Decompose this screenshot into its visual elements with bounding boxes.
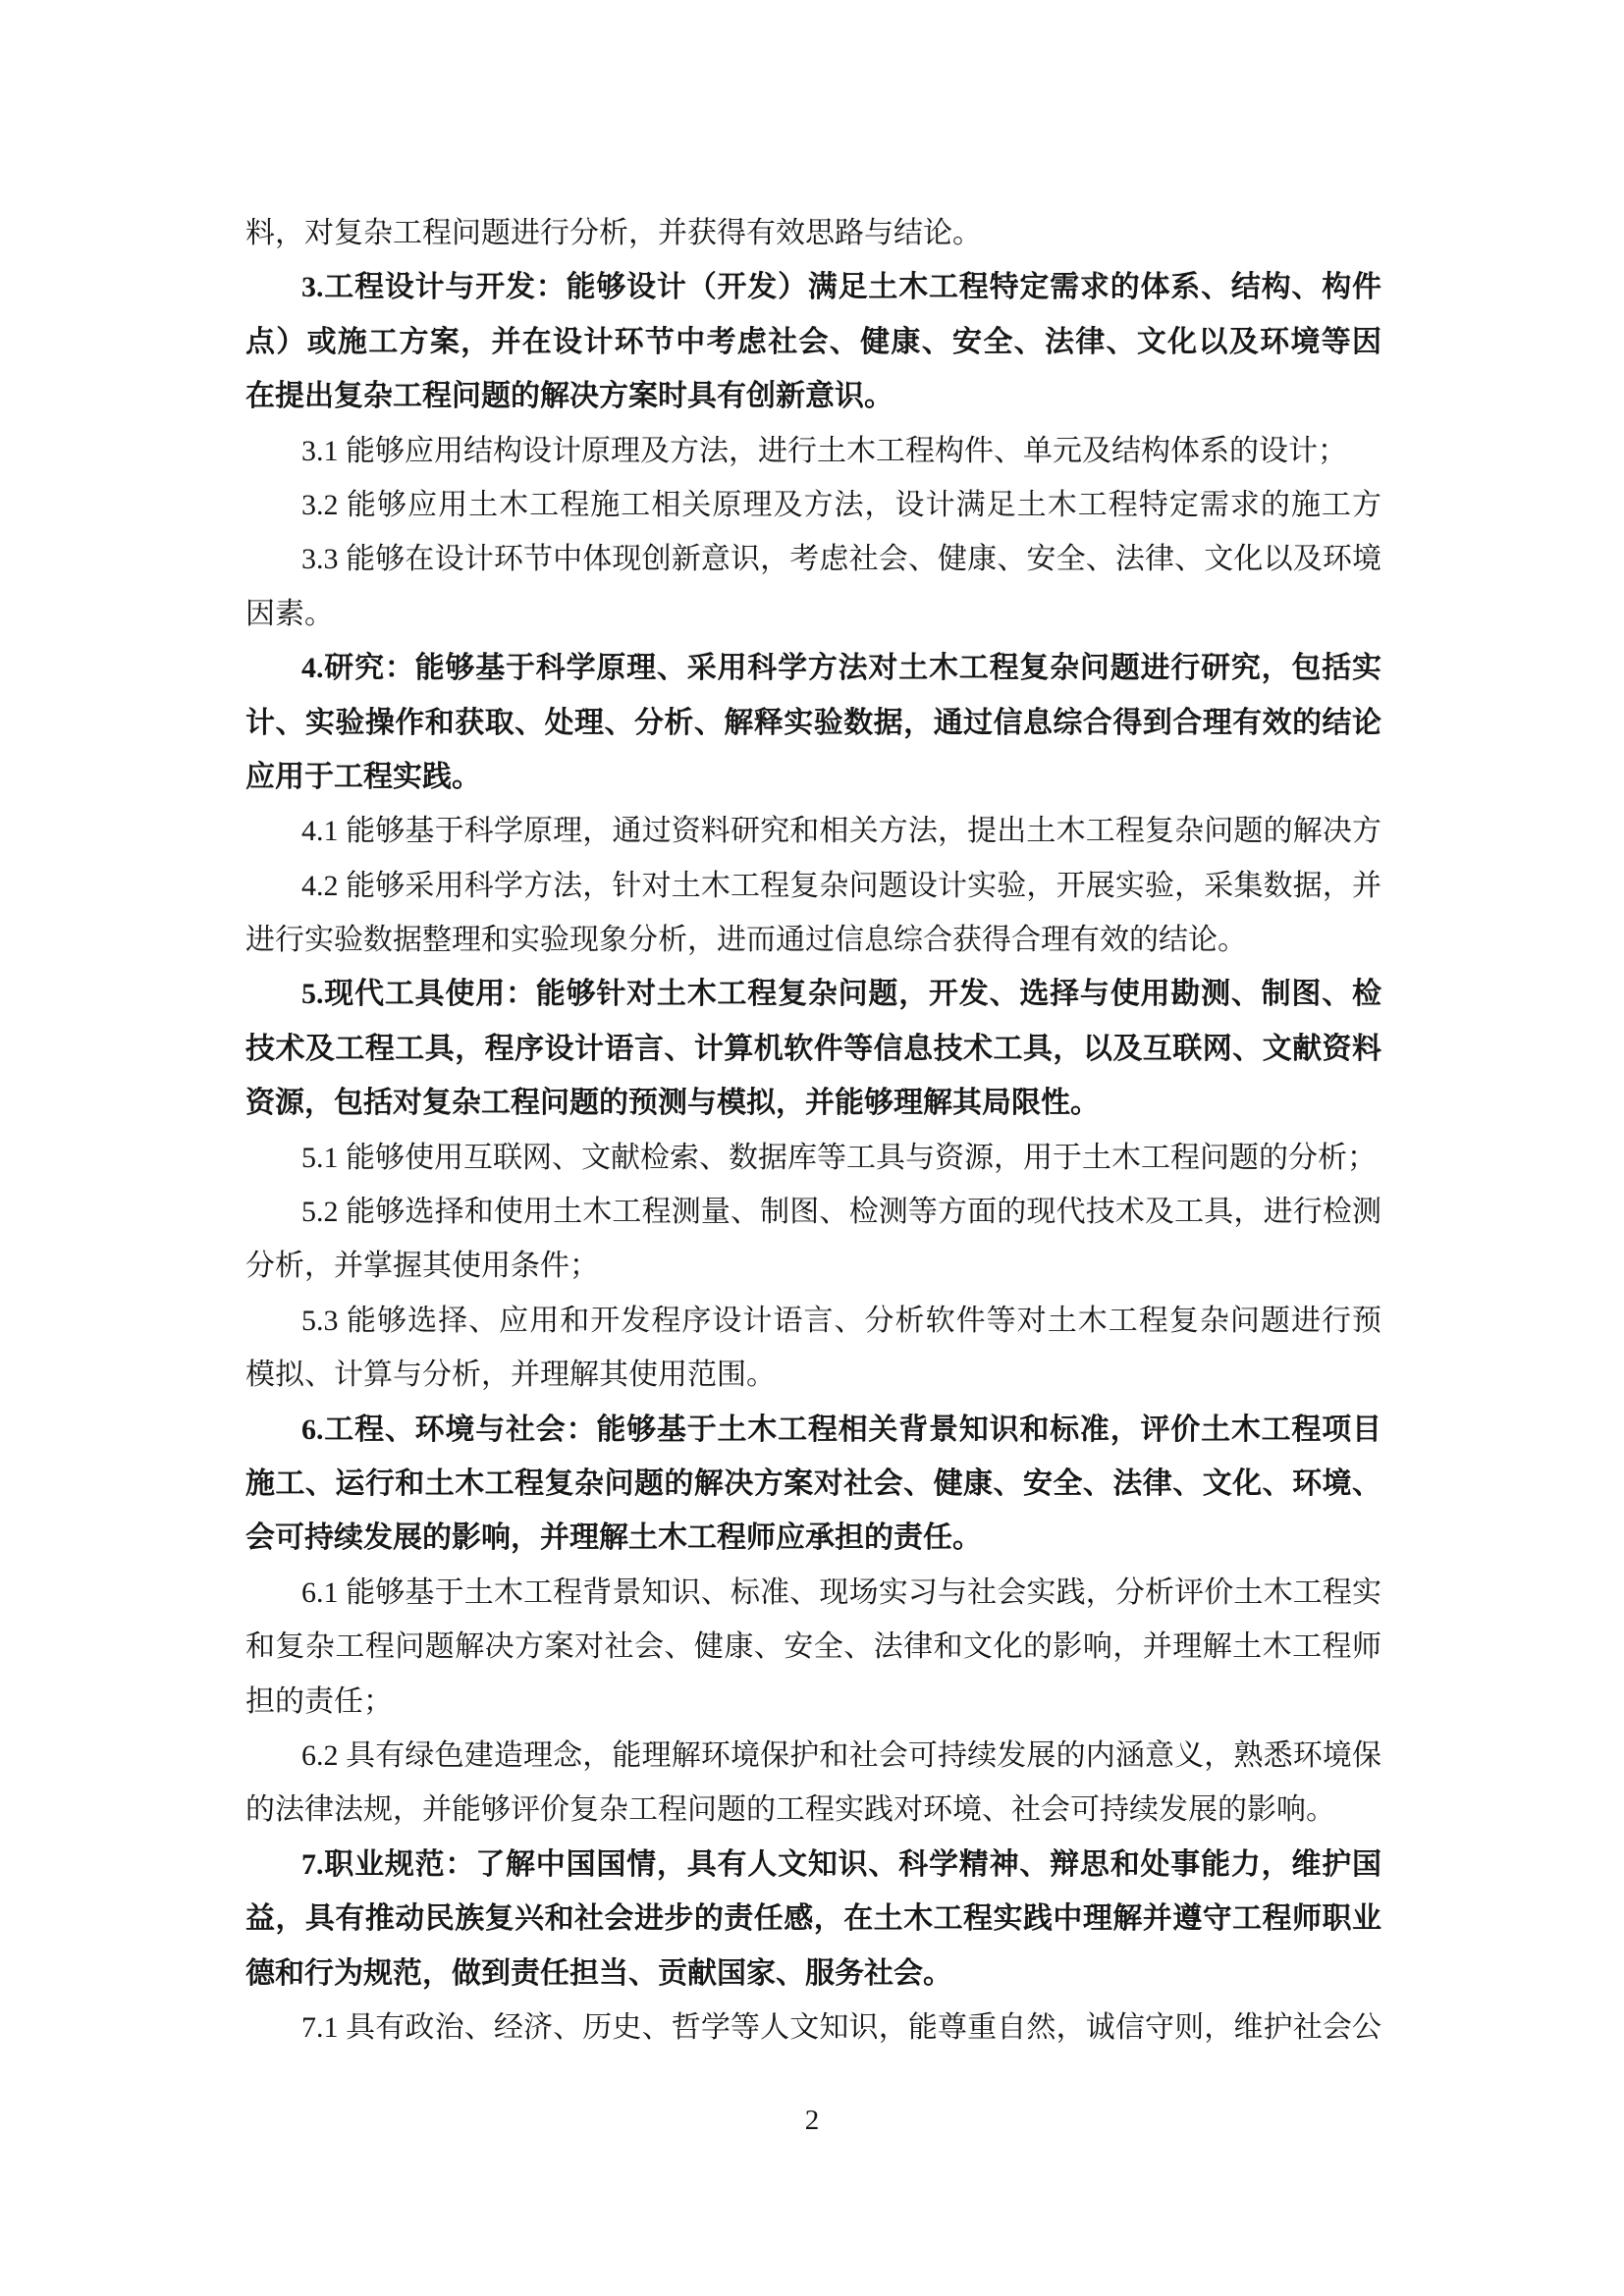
text-line: 因素。 (245, 587, 1381, 641)
text-line: 5.1 能够使用互联网、文献检索、数据库等工具与资源，用于土木工程问题的分析； (245, 1131, 1381, 1185)
text-line: 施工、运行和土木工程复杂问题的解决方案对社会、健康、安全、法律、文化、环境、社 (245, 1457, 1381, 1511)
text-line: 3.3 能够在设计环节中体现创新意识，考虑社会、健康、安全、法律、文化以及环境等 (245, 532, 1381, 586)
text-line: 3.工程设计与开发：能够设计（开发）满足土木工程特定需求的体系、结构、构件（节 (245, 260, 1381, 314)
text-line: 资源，包括对复杂工程问题的预测与模拟，并能够理解其局限性。 (245, 1076, 1381, 1130)
text-line: 4.1 能够基于科学原理，通过资料研究和相关方法，提出土木工程复杂问题的解决方案… (245, 804, 1381, 858)
page-number: 2 (0, 2104, 1624, 2137)
text-line: 5.2 能够选择和使用土木工程测量、制图、检测等方面的现代技术及工具，进行检测与 (245, 1185, 1381, 1239)
text-line: 的法律法规，并能够评价复杂工程问题的工程实践对环境、社会可持续发展的影响。 (245, 1783, 1381, 1837)
text-line: 5.现代工具使用：能够针对土木工程复杂问题，开发、选择与使用勘测、制图、检测等 (245, 967, 1381, 1021)
text-line: 应用于工程实践。 (245, 750, 1381, 804)
text-line: 6.1 能够基于土木工程背景知识、标准、现场实习与社会实践，分析评价土木工程实践 (245, 1566, 1381, 1620)
text-line: 益，具有推动民族复兴和社会进步的责任感，在土木工程实践中理解并遵守工程师职业道 (245, 1892, 1381, 1946)
document-page: 料，对复杂工程问题进行分析，并获得有效思路与结论。3.工程设计与开发：能够设计（… (0, 0, 1624, 2296)
text-line: 6.工程、环境与社会：能够基于土木工程相关背景知识和标准，评价土木工程项目设计、 (245, 1403, 1381, 1457)
text-line: 点）或施工方案，并在设计环节中考虑社会、健康、安全、法律、文化以及环境等因素。 (245, 315, 1381, 369)
text-line: 德和行为规范，做到责任担当、贡献国家、服务社会。 (245, 1947, 1381, 2001)
text-line: 料，对复杂工程问题进行分析，并获得有效思路与结论。 (245, 206, 1381, 260)
text-line: 进行实验数据整理和实验现象分析，进而通过信息综合获得合理有效的结论。 (245, 913, 1381, 967)
text-line: 6.2 具有绿色建造理念，能理解环境保护和社会可持续发展的内涵意义，熟悉环境保护 (245, 1729, 1381, 1783)
text-line: 计、实验操作和获取、处理、分析、解释实验数据，通过信息综合得到合理有效的结论并 (245, 696, 1381, 750)
text-line: 5.3 能够选择、应用和开发程序设计语言、分析软件等对土木工程复杂问题进行预测、 (245, 1294, 1381, 1348)
text-line: 在提出复杂工程问题的解决方案时具有创新意识。 (245, 369, 1381, 423)
text-line: 会可持续发展的影响，并理解土木工程师应承担的责任。 (245, 1511, 1381, 1565)
text-line: 担的责任； (245, 1675, 1381, 1729)
text-line: 7.职业规范：了解中国国情，具有人文知识、科学精神、辩思和处事能力，维护国家利 (245, 1838, 1381, 1892)
text-line: 4.研究：能够基于科学原理、采用科学方法对土木工程复杂问题进行研究，包括实验设 (245, 641, 1381, 695)
text-line: 3.1 能够应用结构设计原理及方法，进行土木工程构件、单元及结构体系的设计； (245, 424, 1381, 478)
text-line: 4.2 能够采用科学方法，针对土木工程复杂问题设计实验，开展实验，采集数据，并能 (245, 859, 1381, 913)
text-line: 7.1 具有政治、经济、历史、哲学等人文知识，能尊重自然，诚信守则，维护社会公正… (245, 2001, 1381, 2055)
text-line: 模拟、计算与分析，并理解其使用范围。 (245, 1348, 1381, 1402)
document-body: 料，对复杂工程问题进行分析，并获得有效思路与结论。3.工程设计与开发：能够设计（… (245, 206, 1381, 2055)
text-line: 分析，并掌握其使用条件； (245, 1239, 1381, 1293)
text-line: 3.2 能够应用土木工程施工相关原理及方法，设计满足土木工程特定需求的施工方案； (245, 478, 1381, 532)
text-line: 技术及工程工具，程序设计语言、计算机软件等信息技术工具，以及互联网、文献资料等 (245, 1022, 1381, 1076)
text-line: 和复杂工程问题解决方案对社会、健康、安全、法律和文化的影响，并理解土木工程师应承 (245, 1620, 1381, 1674)
